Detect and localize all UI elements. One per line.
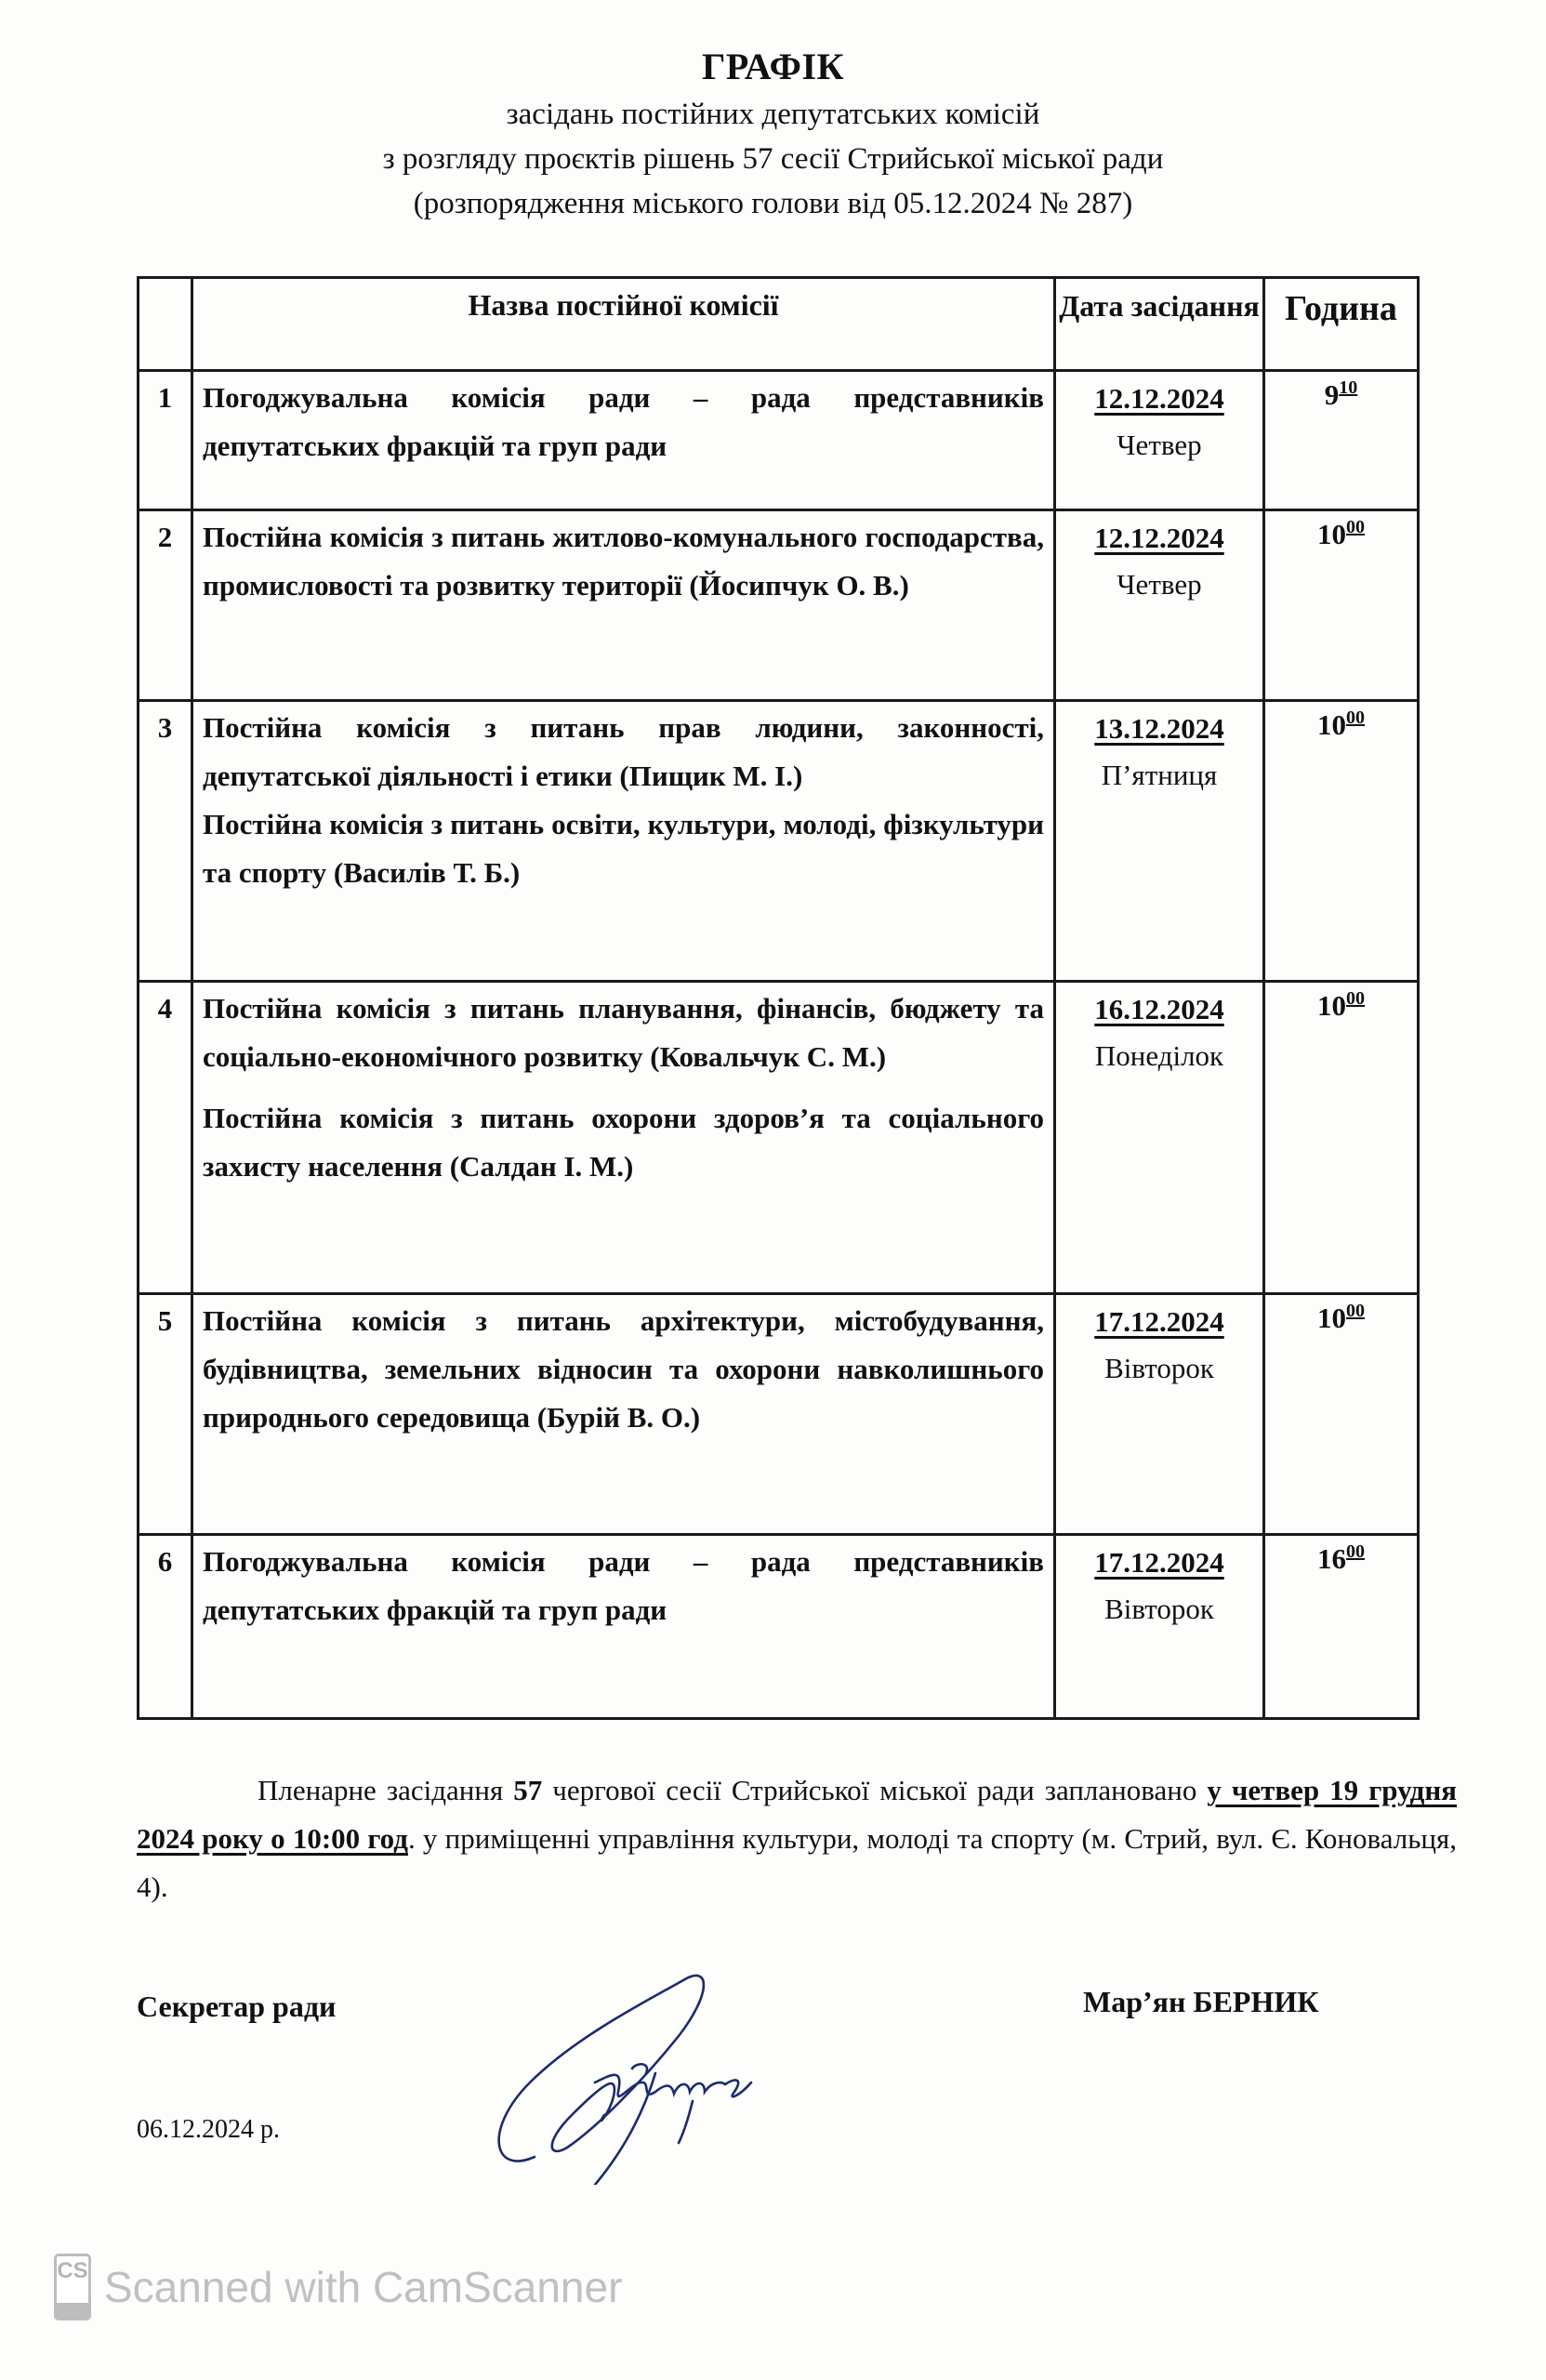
camscanner-logo-icon: CS — [54, 2254, 91, 2320]
row-number: 2 — [139, 510, 192, 701]
meeting-date: 12.12.2024 — [1056, 515, 1262, 562]
commission-name: Постійна комісія з питань житлово-комуна… — [203, 513, 1044, 610]
column-header-meeting-date: Дата засідання — [1055, 278, 1264, 371]
meeting-minutes: 00 — [1346, 517, 1365, 537]
signatory-role: Секретар ради — [137, 1990, 336, 2024]
commission-name: Постійна комісія з питань прав людини, з… — [203, 704, 1044, 800]
meeting-time-cell: 1000 — [1264, 510, 1419, 701]
table-row: 4Постійна комісія з питань планування, ф… — [139, 982, 1419, 1294]
document-subtitle-line-1: засідань постійних депутатських комісій — [0, 93, 1546, 136]
table-row: 5Постійна комісія з питань архітектури, … — [139, 1294, 1419, 1535]
meeting-minutes: 10 — [1339, 377, 1357, 398]
watermark-text: Scanned with CamScanner — [104, 2262, 622, 2312]
table-row: 6Погоджувальна комісія ради – рада предс… — [139, 1535, 1419, 1719]
meeting-date: 16.12.2024 — [1056, 986, 1262, 1033]
commission-name-cell: Погоджувальна комісія ради – рада предст… — [192, 371, 1055, 510]
meeting-time-cell: 1000 — [1264, 701, 1419, 982]
meeting-hour: 10 — [1317, 989, 1346, 1022]
handwritten-signature — [456, 1943, 892, 2185]
meeting-minutes: 00 — [1346, 1541, 1365, 1562]
session-number: 57 — [513, 1774, 542, 1806]
table-row: 3Постійна комісія з питань прав людини, … — [139, 701, 1419, 982]
table-row: 1Погоджувальна комісія ради – рада предс… — [139, 371, 1419, 510]
row-number: 1 — [139, 371, 192, 510]
column-header-commission-name: Назва постійної комісії — [192, 278, 1055, 371]
meeting-hour: 16 — [1317, 1542, 1346, 1575]
table-row: 2Постійна комісія з питань житлово-комун… — [139, 510, 1419, 701]
meeting-minutes: 00 — [1346, 707, 1365, 728]
meeting-date: 12.12.2024 — [1056, 376, 1262, 422]
document-subtitle-line-2: з розгляду проєктів рішень 57 сесії Стри… — [0, 138, 1546, 180]
commission-name: Постійна комісія з питань планування, фі… — [203, 985, 1044, 1081]
row-number: 6 — [139, 1535, 192, 1719]
column-header-hour: Година — [1264, 278, 1419, 371]
meeting-minutes: 00 — [1346, 1301, 1365, 1321]
meeting-date: 17.12.2024 — [1056, 1540, 1262, 1586]
plenary-session-note: Пленарне засідання 57 чергової сесії Стр… — [137, 1766, 1457, 1911]
meeting-weekday: П’ятниця — [1056, 752, 1262, 799]
meeting-hour: 10 — [1317, 518, 1346, 550]
commission-name-cell: Постійна комісія з питань архітектури, м… — [192, 1294, 1055, 1535]
plenary-text-2: чергової сесії Стрийської міської ради з… — [542, 1774, 1207, 1806]
meeting-weekday: Четвер — [1056, 422, 1262, 469]
meeting-weekday: Четвер — [1056, 562, 1262, 608]
row-number: 5 — [139, 1294, 192, 1535]
commission-name-cell: Постійна комісія з питань планування, фі… — [192, 982, 1055, 1294]
meeting-time-cell: 910 — [1264, 371, 1419, 510]
meeting-time-cell: 1000 — [1264, 1294, 1419, 1535]
camscanner-logo-text: CS — [57, 2258, 88, 2284]
commission-name: Погоджувальна комісія ради – рада предст… — [203, 374, 1044, 470]
commission-name-cell: Постійна комісія з питань житлово-комуна… — [192, 510, 1055, 701]
column-header-number — [139, 278, 192, 371]
meeting-weekday: Понеділок — [1056, 1033, 1262, 1079]
camscanner-watermark: CS Scanned with CamScanner — [54, 2254, 622, 2320]
meeting-time-cell: 1600 — [1264, 1535, 1419, 1719]
schedule-table: Назва постійної комісії Дата засідання Г… — [137, 276, 1417, 1720]
meeting-date-cell: 12.12.2024Четвер — [1055, 510, 1264, 701]
commission-name-cell: Погоджувальна комісія ради – рада предст… — [192, 1535, 1055, 1719]
meeting-hour: 10 — [1317, 1302, 1346, 1334]
meeting-date-cell: 12.12.2024Четвер — [1055, 371, 1264, 510]
meeting-weekday: Вівторок — [1056, 1586, 1262, 1633]
meeting-date-cell: 13.12.2024П’ятниця — [1055, 701, 1264, 982]
signature-date: 06.12.2024 р. — [137, 2115, 280, 2145]
signatory-name: Мар’ян БЕРНИК — [1083, 1985, 1318, 2019]
commission-name: Погоджувальна комісія ради – рада предст… — [203, 1538, 1044, 1634]
meeting-hour: 10 — [1317, 708, 1346, 741]
meeting-date-cell: 17.12.2024Вівторок — [1055, 1535, 1264, 1719]
meeting-weekday: Вівторок — [1056, 1345, 1262, 1392]
meeting-minutes: 00 — [1346, 988, 1365, 1009]
commission-name: Постійна комісія з питань архітектури, м… — [203, 1297, 1044, 1442]
plenary-text-1: Пленарне засідання — [258, 1774, 513, 1806]
meeting-date-cell: 16.12.2024Понеділок — [1055, 982, 1264, 1294]
document-subtitle-line-3: (розпорядження міського голови від 05.12… — [0, 182, 1546, 225]
document-title: ГРАФІК — [0, 45, 1546, 88]
row-number: 4 — [139, 982, 192, 1294]
meeting-date: 13.12.2024 — [1056, 706, 1262, 752]
commission-name: Постійна комісія з питань освіти, культу… — [203, 800, 1044, 897]
meeting-date: 17.12.2024 — [1056, 1299, 1262, 1345]
commission-name: Постійна комісія з питань охорони здоров… — [203, 1094, 1044, 1191]
meeting-date-cell: 17.12.2024Вівторок — [1055, 1294, 1264, 1535]
table-header-row: Назва постійної комісії Дата засідання Г… — [139, 278, 1419, 371]
row-number: 3 — [139, 701, 192, 982]
meeting-hour: 9 — [1325, 378, 1340, 411]
meeting-time-cell: 1000 — [1264, 982, 1419, 1294]
commission-name-cell: Постійна комісія з питань прав людини, з… — [192, 701, 1055, 982]
